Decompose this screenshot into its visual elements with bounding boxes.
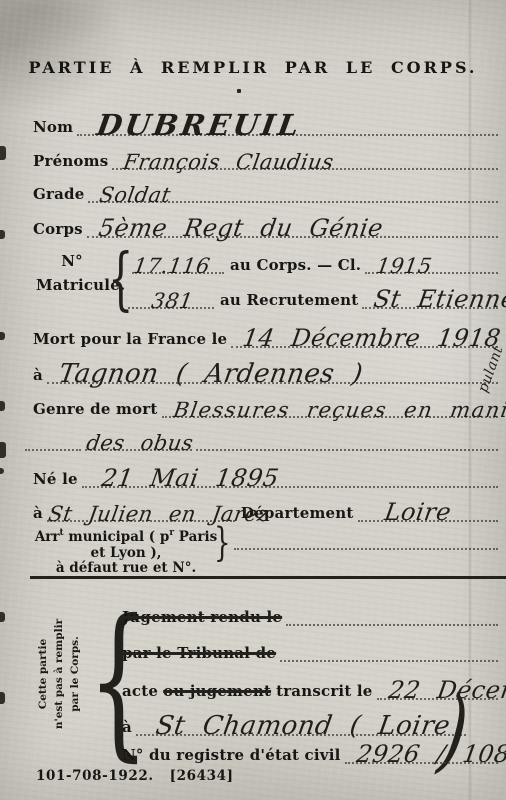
dotted-line [286, 624, 498, 626]
matricule-corps-number: 17.116 [132, 257, 211, 276]
classe-value: 1915 [365, 257, 433, 276]
dotted-line: 381 [128, 292, 214, 309]
prenoms-label: Prénoms [33, 152, 108, 170]
au-recrutement-label: au Recrutement [220, 291, 358, 309]
scan-artifact [0, 146, 6, 160]
dotted-line [280, 660, 498, 662]
arrondissement-line2: à défaut rue et N°. [33, 561, 219, 577]
dotted-line: 17.116 [132, 257, 224, 274]
registre-value: 2926 / 108 [345, 744, 506, 766]
mort-lieu-value: Tagnon ( Ardennes ) [47, 363, 364, 386]
sidebar-note: Cette partie n'est pas à remplir par le … [36, 600, 92, 748]
corps-label: Corps [33, 220, 83, 238]
field-row-mort: Mort pour la France le 14 Décembre 1918 [33, 318, 498, 348]
matricule-label-block: N° Matricule. [36, 252, 108, 294]
naissance-lieu-value: St Julien en Jarez [47, 505, 271, 524]
au-corps-label: au Corps. — Cl. [230, 256, 361, 274]
dotted-line: François Claudius [112, 153, 498, 170]
nom-label: Nom [33, 118, 73, 136]
field-row-corps: Corps 5ème Regt du Génie [33, 210, 498, 238]
genre-value: Blessures reçues en mani [162, 401, 506, 420]
dotted-line: 2926 / 108 [345, 744, 499, 764]
dotted-line: Tagnon ( Ardennes ) [47, 363, 498, 384]
field-row-transcrit-lieu: à St Chamond ( Loire [122, 702, 466, 736]
scan-artifact [0, 468, 4, 474]
dotted-line [196, 449, 498, 451]
page-title: PARTIE À REMPLIR PAR LE CORPS. [0, 58, 506, 77]
field-row-genre-line2: des obus [25, 423, 498, 451]
mort-lieu-label: à [33, 366, 43, 384]
matricule-name-label: Matricule. [36, 276, 108, 294]
field-row-mort-lieu: à Tagnon ( Ardennes ) [33, 352, 498, 384]
naissance-label: Né le [33, 470, 78, 488]
recrutement-number: 381 [150, 292, 195, 311]
dotted-line: Soldat [88, 186, 498, 203]
footer-imprint: 101-708-1922.[26434] [36, 768, 234, 784]
scan-artifact [0, 230, 5, 239]
grade-label: Grade [33, 185, 84, 203]
dotted-line: Loire [358, 502, 498, 522]
footer-ref: 101-708-1922. [36, 768, 154, 784]
dotted-line: 22 Décembre 1919 [377, 680, 498, 700]
printers-mark [237, 89, 241, 93]
naissance-lieu-label: à [33, 504, 43, 522]
jugement-label: Jugement rendu le [122, 608, 282, 626]
field-row-prenoms: Prénoms François Claudius [33, 143, 498, 170]
arrondissement-brace: } [214, 524, 231, 563]
matricule-no-label: N° [36, 252, 108, 270]
genre-value-line2: des obus [85, 434, 195, 453]
dotted-line: 14 Décembre 1918 [231, 328, 498, 348]
mort-label: Mort pour la France le [33, 330, 227, 348]
field-row-matricule-recrutement: 381 au Recrutement St Etienne [124, 281, 498, 309]
tribunal-label: par le Tribunal de [122, 644, 276, 662]
dotted-line: St Chamond ( Loire [136, 715, 466, 736]
scan-artifact [0, 401, 5, 411]
dotted-line: St Etienne [362, 289, 498, 309]
field-row-genre: Genre de mort Blessures reçues en mani [33, 388, 498, 418]
naissance-value: 21 Mai 1895 [82, 468, 280, 490]
footer-bracket: [26434] [170, 768, 234, 784]
dotted-line: DUBREUIL [77, 112, 498, 136]
field-row-registre: N° du registre d'état civil 2926 / 108 [122, 736, 498, 764]
sidebar-note-line: Cette partie [36, 600, 52, 748]
field-row-transcrit: acte ou jugement transcrit le 22 Décembr… [122, 670, 498, 700]
dotted-line: 1915 [365, 257, 498, 274]
field-row-naissance: Né le 21 Mai 1895 [33, 458, 498, 488]
grade-value: Soldat [88, 186, 172, 205]
scan-artifact [0, 612, 5, 622]
departement-value: Loire [358, 502, 453, 524]
field-row-matricule-corps: 17.116 au Corps. — Cl. 1915 [128, 246, 498, 274]
field-row-nom: Nom DUBREUIL [33, 98, 498, 136]
prenoms-value: François Claudius [112, 153, 335, 172]
sidebar-note-line: n'est pas à remplir [52, 600, 68, 748]
field-row-tribunal: par le Tribunal de [122, 636, 498, 662]
nom-value: DUBREUIL [77, 112, 304, 138]
field-row-grade: Grade Soldat [33, 177, 498, 203]
record-card: PARTIE À REMPLIR PAR LE CORPS. Nom DUBRE… [0, 0, 506, 800]
scan-artifact [0, 332, 5, 340]
dotted-line: Blessures reçues en mani [162, 401, 499, 418]
arrondissement-label: Arrt municipal ( pr Paris et Lyon ), à d… [33, 528, 219, 577]
genre-label: Genre de mort [33, 400, 158, 418]
corps-value: 5ème Regt du Génie [87, 218, 385, 240]
scan-artifact [0, 692, 5, 704]
recrutement-place: St Etienne [362, 289, 506, 311]
transcrit-date-value: 22 Décembre 1919 [377, 680, 506, 702]
mort-date-value: 14 Décembre 1918 [231, 328, 502, 350]
transcrit-lieu-value: St Chamond ( Loire [136, 715, 452, 738]
section-divider [30, 576, 506, 579]
sidebar-note-line: par le Corps. [68, 600, 84, 748]
dotted-line: des obus [85, 434, 192, 451]
scan-artifact [0, 442, 6, 458]
acte-label: acte [122, 682, 158, 700]
ou-jugement-struck-label: ou jugement [163, 682, 271, 700]
dotted-line [25, 449, 81, 451]
dotted-line [234, 532, 498, 550]
dotted-line: 21 Mai 1895 [82, 468, 498, 488]
transcrit-le-label: transcrit le [276, 682, 372, 700]
transcrit-lieu-label: à [122, 718, 132, 736]
registre-label: N° du registre d'état civil [122, 746, 341, 764]
field-row-naissance-lieu: à St Julien en Jarez Département Loire [33, 492, 498, 522]
dotted-line: 5ème Regt du Génie [87, 218, 498, 238]
field-row-jugement: Jugement rendu le [122, 600, 498, 626]
arrondissement-line1: Arrt municipal ( pr Paris et Lyon ), [33, 528, 219, 561]
dotted-line: St Julien en Jarez [47, 505, 235, 522]
